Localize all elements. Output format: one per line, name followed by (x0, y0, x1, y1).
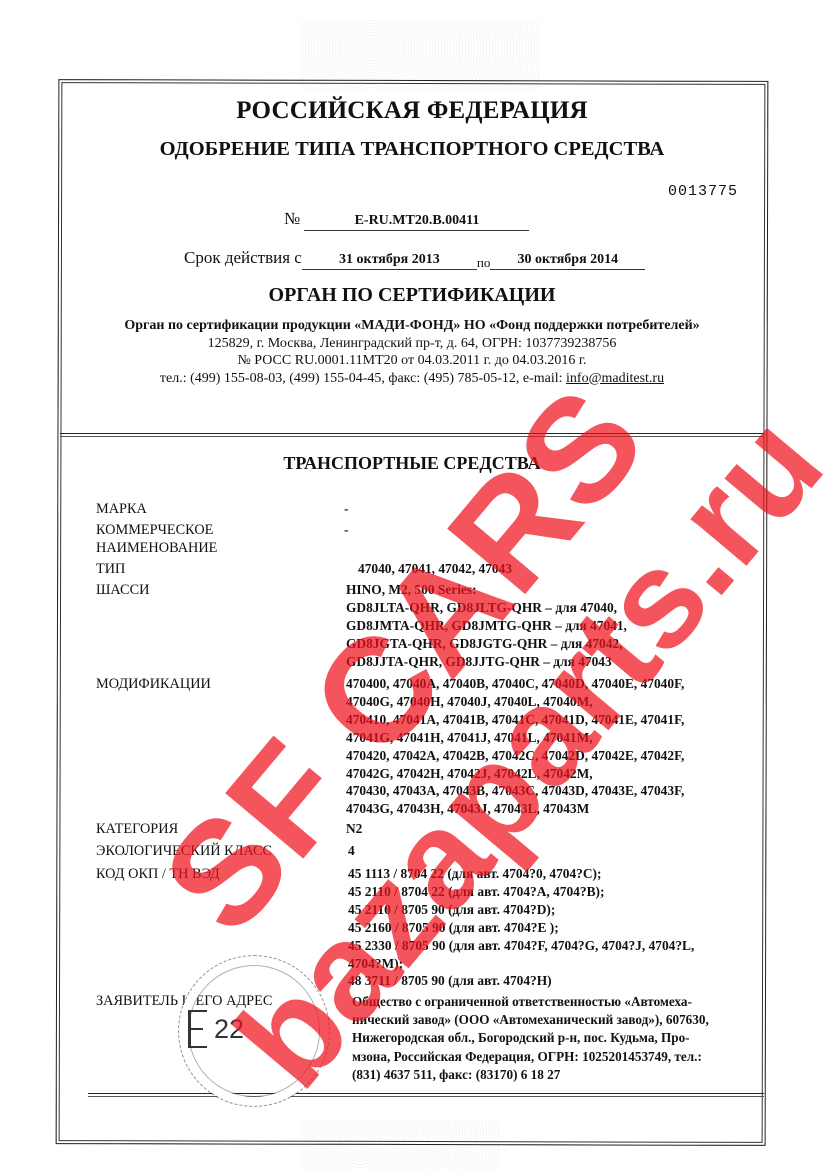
country-title: РОССИЙСКАЯ ФЕДЕРАЦИЯ (60, 97, 764, 125)
value-line: 47043G, 47043H, 47043J, 47043L, 47043M (346, 800, 776, 818)
value-line: Общество с ограниченной ответственностью… (352, 993, 772, 1011)
certification-body-accreditation: № РОСС RU.0001.11МТ20 от 04.03.2011 г. д… (60, 352, 764, 370)
value-line: 470420, 47042A, 47042B, 47042C, 47042D, … (346, 747, 776, 765)
spec-value: - (344, 521, 774, 539)
certificate-number-row: № E-RU.MT20.B.00411 (284, 209, 529, 231)
certification-body-details: Орган по сертификации продукции «МАДИ-ФО… (60, 317, 764, 387)
spec-value: N2 (346, 820, 776, 838)
value-line: 45 2330 / 8705 90 (для авт. 4704?F, 4704… (348, 937, 778, 955)
serial-number: 0013775 (668, 183, 738, 200)
applicant-address: Общество с ограниченной ответственностью… (352, 993, 772, 1084)
certificate-number: E-RU.MT20.B.00411 (304, 212, 529, 231)
spec-value: 470400, 47040A, 47040B, 47040C, 47040D, … (346, 675, 776, 818)
value-line: 470400, 47040A, 47040B, 47040C, 47040D, … (346, 675, 776, 693)
value-line: нический завод» (ООО «Автомеханический з… (352, 1011, 772, 1029)
spec-value: HINO, M2, 500 Series:GD8JLTA-QHR, GD8JLT… (346, 581, 776, 671)
value-line: - (344, 521, 774, 539)
value-line: 48 3711 / 8705 90 (для авт. 4704?H) (348, 972, 778, 990)
value-line: N2 (346, 820, 776, 838)
validity-label: Срок действия с (184, 248, 302, 267)
value-line: 45 2110 / 8704 22 (для авт. 4704?A, 4704… (348, 883, 778, 901)
spec-label: ШАССИ (96, 581, 346, 599)
validity-from: 31 октября 2013 (302, 251, 477, 270)
value-line: 45 2110 / 8705 90 (для авт. 4704?D); (348, 901, 778, 919)
value-line: - (344, 500, 774, 518)
spec-value: 45 1113 / 8704 22 (для авт. 4704?0, 4704… (348, 865, 778, 990)
spec-value: 47040, 47041, 47042, 47043 (358, 560, 788, 578)
e-mark-number: 22 (214, 1014, 244, 1045)
certification-body-address: 125829, г. Москва, Ленинградский пр-т, д… (60, 335, 764, 353)
spec-label: КОММЕРЧЕСКОЕ НАИМЕНОВАНИЕ (96, 521, 346, 557)
value-line: 4704?M); (348, 955, 778, 973)
value-line: 47040, 47041, 47042, 47043 (358, 560, 788, 578)
value-line: 47040G, 47040H, 47040J, 47040L, 47040M, (346, 693, 776, 711)
value-line: HINO, M2, 500 Series: (346, 581, 776, 599)
value-line: GD8JJTA-QHR, GD8JJTG-QHR – для 47043 (346, 653, 776, 671)
spec-label: МОДИФИКАЦИИ (96, 675, 346, 693)
applicant-divider (88, 1093, 764, 1097)
value-line: 45 2160 / 8705 90 (для авт. 4704?E ); (348, 919, 778, 937)
value-line: мзона, Российская Федерация, ОГРН: 10252… (352, 1048, 772, 1066)
value-line: Нижегородская обл., Богородский р-н, пос… (352, 1029, 772, 1047)
value-line: GD8JMTA-QHR, GD8JMTG-QHR – для 47041, (346, 617, 776, 635)
certification-body-contacts: тел.: (499) 155-08-03, (499) 155-04-45, … (60, 370, 764, 388)
number-label: № (284, 209, 300, 228)
spec-value: - (344, 500, 774, 518)
label-line: НАИМЕНОВАНИЕ (96, 539, 346, 557)
label-line: КОММЕРЧЕСКОЕ (96, 521, 346, 539)
value-line: 470410, 47041A, 47041B, 47041C, 47041D, … (346, 711, 776, 729)
value-line: 45 1113 / 8704 22 (для авт. 4704?0, 4704… (348, 865, 778, 883)
section-divider (60, 433, 764, 437)
certification-body-title: ОРГАН ПО СЕРТИФИКАЦИИ (60, 284, 764, 307)
e-mark-icon: 22 (188, 1010, 278, 1050)
validity-to-label: по (477, 255, 490, 270)
contacts-text: тел.: (499) 155-08-03, (499) 155-04-45, … (160, 371, 566, 386)
spec-label: МАРКА (96, 500, 346, 518)
value-line: GD8JLTA-QHR, GD8JLTG-QHR – для 47040, (346, 599, 776, 617)
spec-label: ЭКОЛОГИЧЕСКИЙ КЛАСС (96, 842, 346, 860)
validity-to: 30 октября 2014 (490, 251, 645, 270)
value-line: 47041G, 47041H, 47041J, 47041L, 47041M, (346, 729, 776, 747)
value-line: 47042G, 47042H, 47042J, 47042L, 47042M, (346, 765, 776, 783)
document-title: ОДОБРЕНИЕ ТИПА ТРАНСПОРТНОГО СРЕДСТВА (60, 138, 764, 161)
spec-label: ТИП (96, 560, 346, 578)
spec-label: КОД ОКП / ТН ВЭД (96, 865, 346, 883)
value-line: 4 (348, 842, 778, 860)
certification-body-name: Орган по сертификации продукции «МАДИ-ФО… (60, 317, 764, 335)
vehicles-title: ТРАНСПОРТНЫЕ СРЕДСТВА (60, 453, 764, 474)
validity-row: Срок действия с31 октября 2013по30 октяб… (184, 248, 645, 270)
email-link[interactable]: info@maditest.ru (566, 371, 664, 386)
value-line: 470430, 47043A, 47043B, 47043C, 47043D, … (346, 782, 776, 800)
value-line: (831) 4637 511, факс: (83170) 6 18 27 (352, 1066, 772, 1084)
spec-label: КАТЕГОРИЯ (96, 820, 346, 838)
spec-value: 4 (348, 842, 778, 860)
value-line: GD8JGTA-QHR, GD8JGTG-QHR – для 47042, (346, 635, 776, 653)
